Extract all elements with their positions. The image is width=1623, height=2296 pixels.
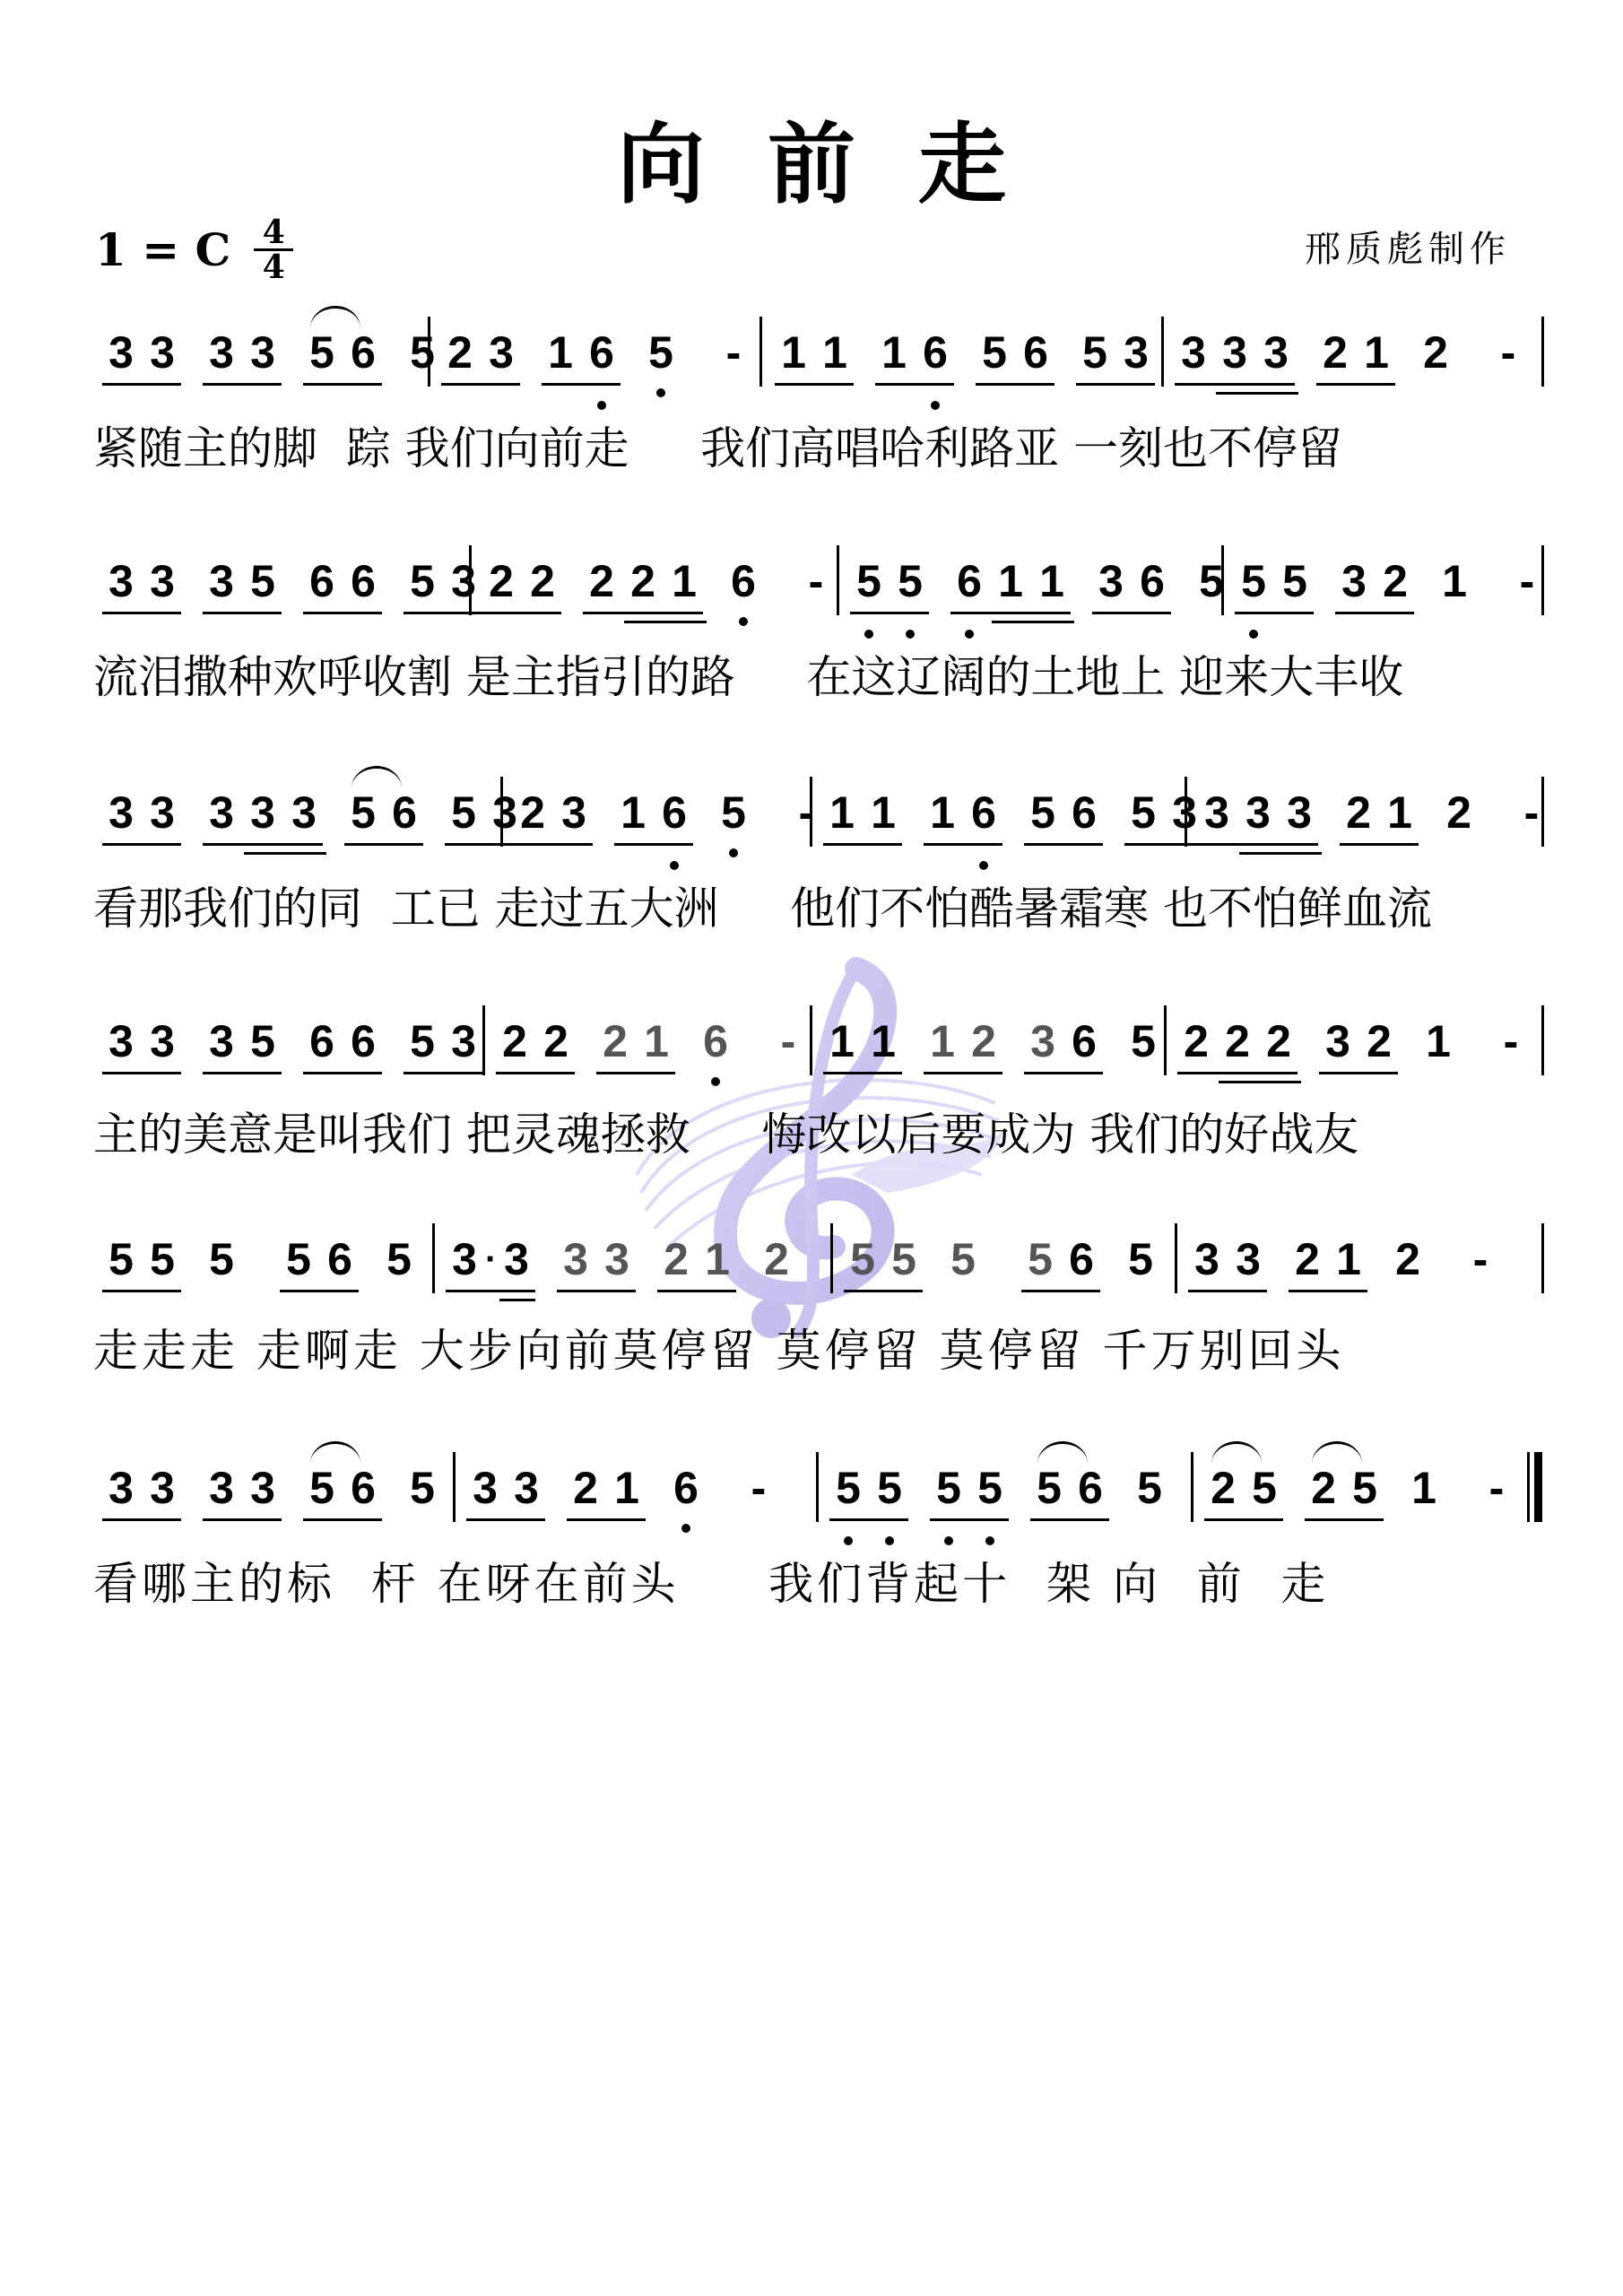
key-signature: 1 = C 4 4 xyxy=(95,213,293,285)
measure: 33 21 2 - xyxy=(1186,1234,1515,1284)
measure: 55 32 1 - xyxy=(1233,556,1561,606)
barline xyxy=(469,545,472,615)
measure: 55 611 36 5 xyxy=(848,556,1250,606)
barline xyxy=(810,777,812,847)
slur xyxy=(1037,1441,1088,1464)
lyrics-line-2: 流泪撒种欢呼收割 是主指引的路 在这辽阔的土地上 迎来大丰收 xyxy=(93,641,1403,706)
lyrics-line-5: 走走走 走啊走 大步向前莫停留 莫停留 莫停留 千万别回头 xyxy=(93,1315,1344,1379)
measure: 222 32 1 - xyxy=(1176,1016,1545,1066)
measure: 22 221 6 - xyxy=(481,556,850,606)
measure: 33 35 66 53 xyxy=(100,1016,502,1066)
lyrics-line-1: 紧随主的脚 踪 我们向前走 我们高唱哈利路亚 一刻也不停留 xyxy=(93,413,1342,477)
measure: 22 21 6 - xyxy=(494,1016,822,1066)
measure: 55 55 56 5 xyxy=(828,1463,1188,1513)
measure: 333 21 2 - xyxy=(1173,327,1542,378)
time-top: 4 xyxy=(263,217,285,248)
measure: 33 35 66 53 xyxy=(100,556,502,606)
slur xyxy=(1312,1441,1362,1464)
barline xyxy=(432,1223,435,1293)
barline xyxy=(759,317,762,387)
slur xyxy=(310,1441,360,1464)
measure: 23 16 5 - xyxy=(439,327,768,378)
measure: 11 16 56 53 xyxy=(821,787,1223,838)
slur xyxy=(310,306,360,328)
key-label: 1 = C xyxy=(95,223,230,276)
measure: 3·3 33 21 2 xyxy=(444,1234,815,1284)
barline xyxy=(1191,1452,1193,1522)
barline xyxy=(1541,1223,1544,1293)
barline xyxy=(810,1005,812,1075)
barline xyxy=(482,1005,485,1075)
measure: 33 21 6 - xyxy=(464,1463,793,1513)
measure: 11 16 56 53 xyxy=(773,327,1175,378)
measure: 33 33 56 5 xyxy=(100,1463,461,1513)
slur xyxy=(1211,1441,1262,1464)
barline xyxy=(1175,1223,1177,1293)
song-title: 向前走 xyxy=(0,94,1623,221)
barline xyxy=(837,545,839,615)
lyrics-line-3: 看那我们的同 工已 走过五大洲 他们不怕酷暑霜寒 也不怕鲜血流 xyxy=(93,873,1432,937)
measure: 11 12 36 5 xyxy=(821,1016,1182,1066)
measure: 23 16 5 - xyxy=(512,787,840,838)
lyrics-line-4: 主的美意是叫我们 把灵魂拯救 悔改以后要成为 我们的好战友 xyxy=(93,1099,1358,1163)
barline xyxy=(1161,317,1164,387)
time-bottom: 4 xyxy=(263,252,285,283)
measure: 333 21 2 - xyxy=(1196,787,1566,838)
barline xyxy=(453,1452,456,1522)
measure: 55 5 56 5 xyxy=(842,1234,1179,1284)
barline xyxy=(428,317,430,387)
barline xyxy=(1541,777,1544,847)
time-signature: 4 4 xyxy=(254,217,293,283)
author-credit: 邢质彪制作 xyxy=(1305,221,1511,272)
measure: 25 25 1 - xyxy=(1202,1463,1531,1513)
final-barline-thin xyxy=(1527,1452,1530,1522)
measure: 33 333 56 53 xyxy=(100,787,543,838)
barline xyxy=(1164,1005,1167,1075)
barline xyxy=(500,777,503,847)
barline xyxy=(816,1452,819,1522)
lyrics-line-6: 看哪主的标 杆 在呀在前头 我们背起十 架 向 前 走 xyxy=(93,1548,1329,1613)
final-barline-thick xyxy=(1534,1452,1542,1522)
barline xyxy=(1541,545,1544,615)
barline xyxy=(1541,1005,1544,1075)
measure: 33 33 56 5 xyxy=(100,327,461,378)
barline xyxy=(1541,317,1544,387)
slur xyxy=(352,766,402,788)
barline xyxy=(1185,777,1187,847)
barline xyxy=(1221,545,1224,615)
barline xyxy=(830,1223,833,1293)
measure: 55 5 56 5 xyxy=(100,1234,438,1284)
